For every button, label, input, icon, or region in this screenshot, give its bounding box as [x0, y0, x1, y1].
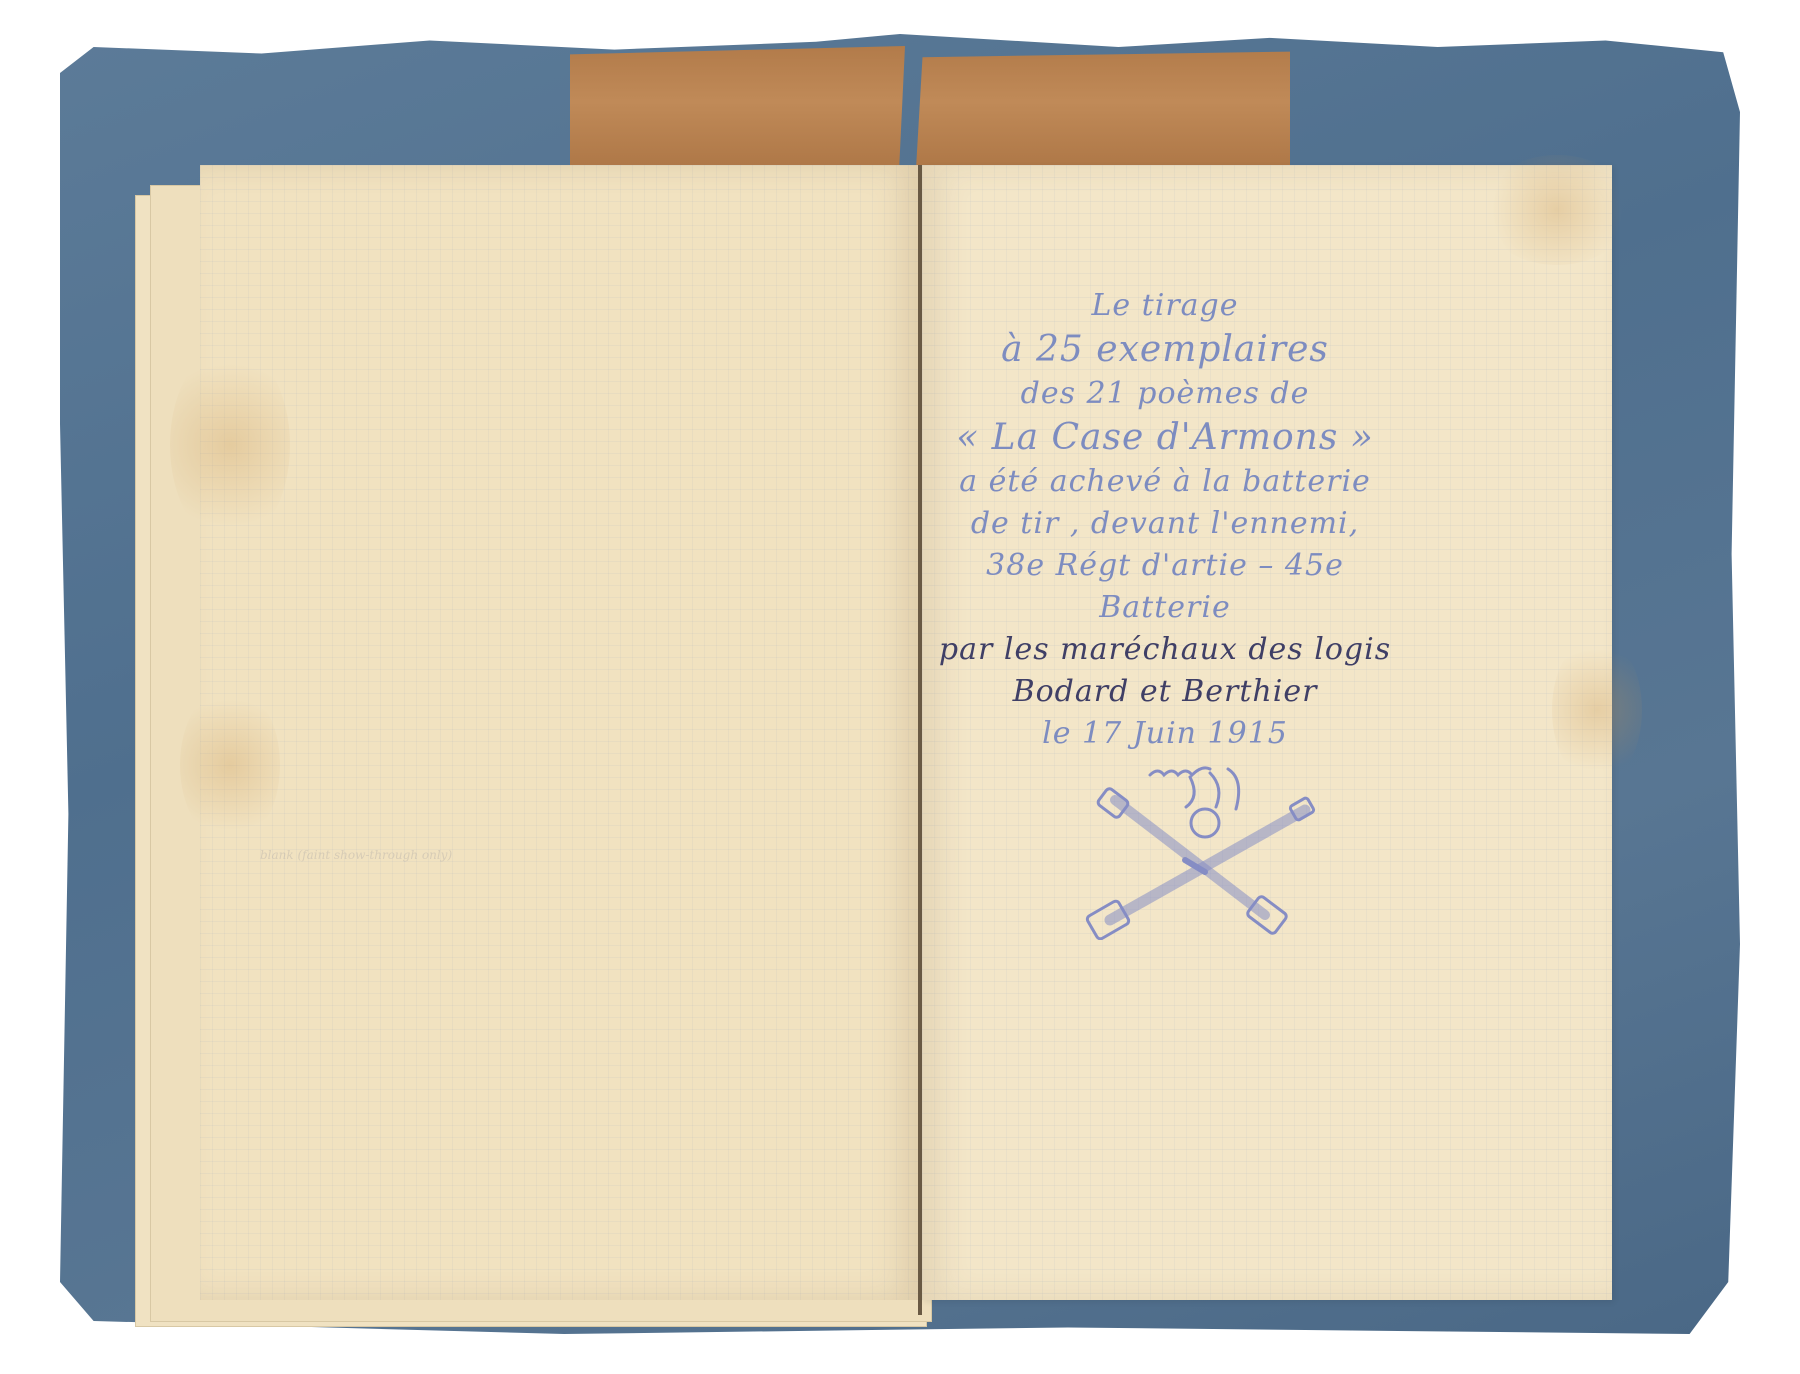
colophon-date: le 17 Juin 1915 — [935, 713, 1395, 755]
water-stain — [1552, 635, 1642, 785]
colophon-line: par les maréchaux des logis — [935, 629, 1395, 671]
show-through-text: blank (faint show-through only) — [260, 848, 680, 862]
water-stain — [180, 685, 280, 845]
colophon-signatures: Bodard et Berthier — [935, 671, 1395, 713]
colophon-title: « La Case d'Armons » — [935, 415, 1395, 461]
colophon-text: Le tirage à 25 exemplaires des 21 poèmes… — [935, 285, 1395, 755]
colophon-line: de tir , devant l'ennemi, — [935, 503, 1395, 545]
colophon-line: à 25 exemplaires — [935, 327, 1395, 373]
crossed-cannons-grenade-icon — [1070, 755, 1330, 940]
water-stain — [170, 345, 290, 545]
colophon-line: a été achevé à la batterie — [935, 461, 1395, 503]
colophon-line: 38e Régt d'artie – 45e Batterie — [935, 545, 1395, 629]
left-page — [200, 165, 920, 1300]
colophon-line: des 21 poèmes de — [935, 373, 1395, 415]
water-stain — [1482, 155, 1632, 265]
colophon-line: Le tirage — [935, 285, 1395, 327]
